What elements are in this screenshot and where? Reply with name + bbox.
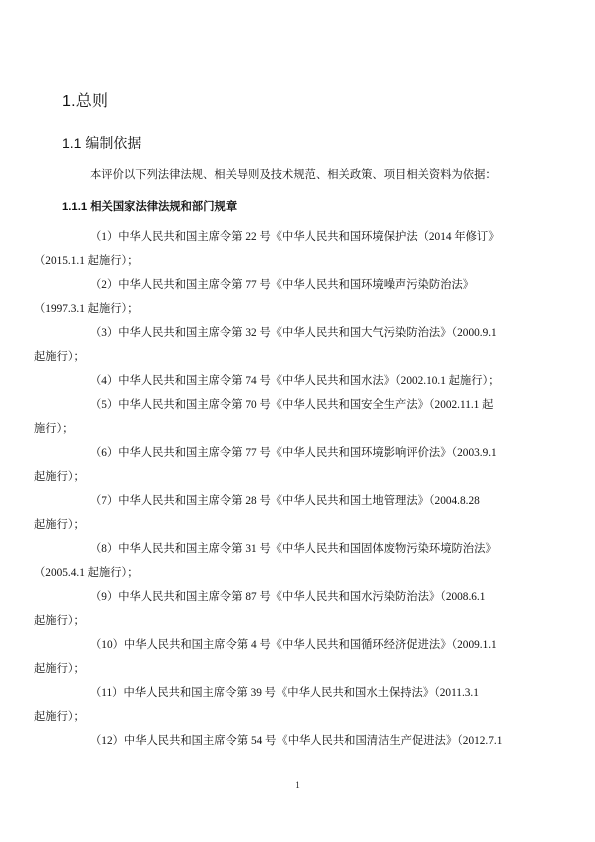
law-item: （7）中华人民共和国主席令第 28 号《中华人民共和国土地管理法》（2004.8… xyxy=(62,489,538,537)
law-item-continuation: 起施行）； xyxy=(34,513,538,537)
law-item-text: （1）中华人民共和国主席令第 22 号《中华人民共和国环境保护法（2014 年修… xyxy=(62,225,538,249)
law-item-text: （7）中华人民共和国主席令第 28 号《中华人民共和国土地管理法》（2004.8… xyxy=(62,489,538,513)
law-item: （8）中华人民共和国主席令第 31 号《中华人民共和国固体废物污染环境防治法》 … xyxy=(62,537,538,585)
law-item-text: （3）中华人民共和国主席令第 32 号《中华人民共和国大气污染防治法》（2000… xyxy=(62,321,538,345)
law-item-continuation: （2005.4.1 起施行）； xyxy=(34,561,538,585)
law-item-continuation: 起施行）； xyxy=(34,465,538,489)
law-item-text: （12）中华人民共和国主席令第 54 号《中华人民共和国清洁生产促进法》（201… xyxy=(62,729,538,753)
law-item: （3）中华人民共和国主席令第 32 号《中华人民共和国大气污染防治法》（2000… xyxy=(62,321,538,369)
heading-general-provisions: 1.总则 xyxy=(62,88,108,111)
law-item-continuation: 起施行）； xyxy=(34,609,538,633)
law-item-continuation: 起施行）； xyxy=(34,705,538,729)
law-item-continuation: 施行）； xyxy=(34,417,538,441)
law-item: （12）中华人民共和国主席令第 54 号《中华人民共和国清洁生产促进法》（201… xyxy=(62,729,538,753)
intro-paragraph: 本评价以下列法律法规、相关导则及技术规范、相关政策、项目相关资料为依据： xyxy=(62,166,538,182)
law-item-text: （9）中华人民共和国主席令第 87 号《中华人民共和国水污染防治法》（2008.… xyxy=(62,585,538,609)
law-item-text: （5）中华人民共和国主席令第 70 号《中华人民共和国安全生产法》（2002.1… xyxy=(62,393,538,417)
heading-compilation-basis: 1.1 编制依据 xyxy=(62,133,141,153)
law-item-continuation: （1997.3.1 起施行）； xyxy=(34,297,538,321)
law-item-continuation: 起施行）； xyxy=(34,345,538,369)
page-number: 1 xyxy=(0,780,595,790)
law-item-text: （4）中华人民共和国主席令第 74 号《中华人民共和国水法》（2002.10.1… xyxy=(62,369,538,393)
law-item-continuation: 起施行）； xyxy=(34,657,538,681)
law-item: （11）中华人民共和国主席令第 39 号《中华人民共和国水土保持法》（2011.… xyxy=(62,681,538,729)
law-item-text: （11）中华人民共和国主席令第 39 号《中华人民共和国水土保持法》（2011.… xyxy=(62,681,538,705)
law-item: （1）中华人民共和国主席令第 22 号《中华人民共和国环境保护法（2014 年修… xyxy=(62,225,538,273)
document-page: 1.总则 1.1 编制依据 本评价以下列法律法规、相关导则及技术规范、相关政策、… xyxy=(0,0,595,842)
law-item: （2）中华人民共和国主席令第 77 号《中华人民共和国环境噪声污染防治法》 （1… xyxy=(62,273,538,321)
heading-national-laws: 1.1.1 相关国家法律法规和部门规章 xyxy=(62,198,237,214)
law-item: （5）中华人民共和国主席令第 70 号《中华人民共和国安全生产法》（2002.1… xyxy=(62,393,538,441)
law-item-text: （6）中华人民共和国主席令第 77 号《中华人民共和国环境影响评价法》（2003… xyxy=(62,441,538,465)
law-item: （6）中华人民共和国主席令第 77 号《中华人民共和国环境影响评价法》（2003… xyxy=(62,441,538,489)
law-item-text: （8）中华人民共和国主席令第 31 号《中华人民共和国固体废物污染环境防治法》 xyxy=(62,537,538,561)
law-item-text: （2）中华人民共和国主席令第 77 号《中华人民共和国环境噪声污染防治法》 xyxy=(62,273,538,297)
law-item: （4）中华人民共和国主席令第 74 号《中华人民共和国水法》（2002.10.1… xyxy=(62,369,538,393)
law-item-text: （10）中华人民共和国主席令第 4 号《中华人民共和国循环经济促进法》（2009… xyxy=(62,633,538,657)
law-item-continuation: （2015.1.1 起施行）； xyxy=(34,249,538,273)
law-list: （1）中华人民共和国主席令第 22 号《中华人民共和国环境保护法（2014 年修… xyxy=(62,225,538,753)
law-item: （10）中华人民共和国主席令第 4 号《中华人民共和国循环经济促进法》（2009… xyxy=(62,633,538,681)
law-item: （9）中华人民共和国主席令第 87 号《中华人民共和国水污染防治法》（2008.… xyxy=(62,585,538,633)
